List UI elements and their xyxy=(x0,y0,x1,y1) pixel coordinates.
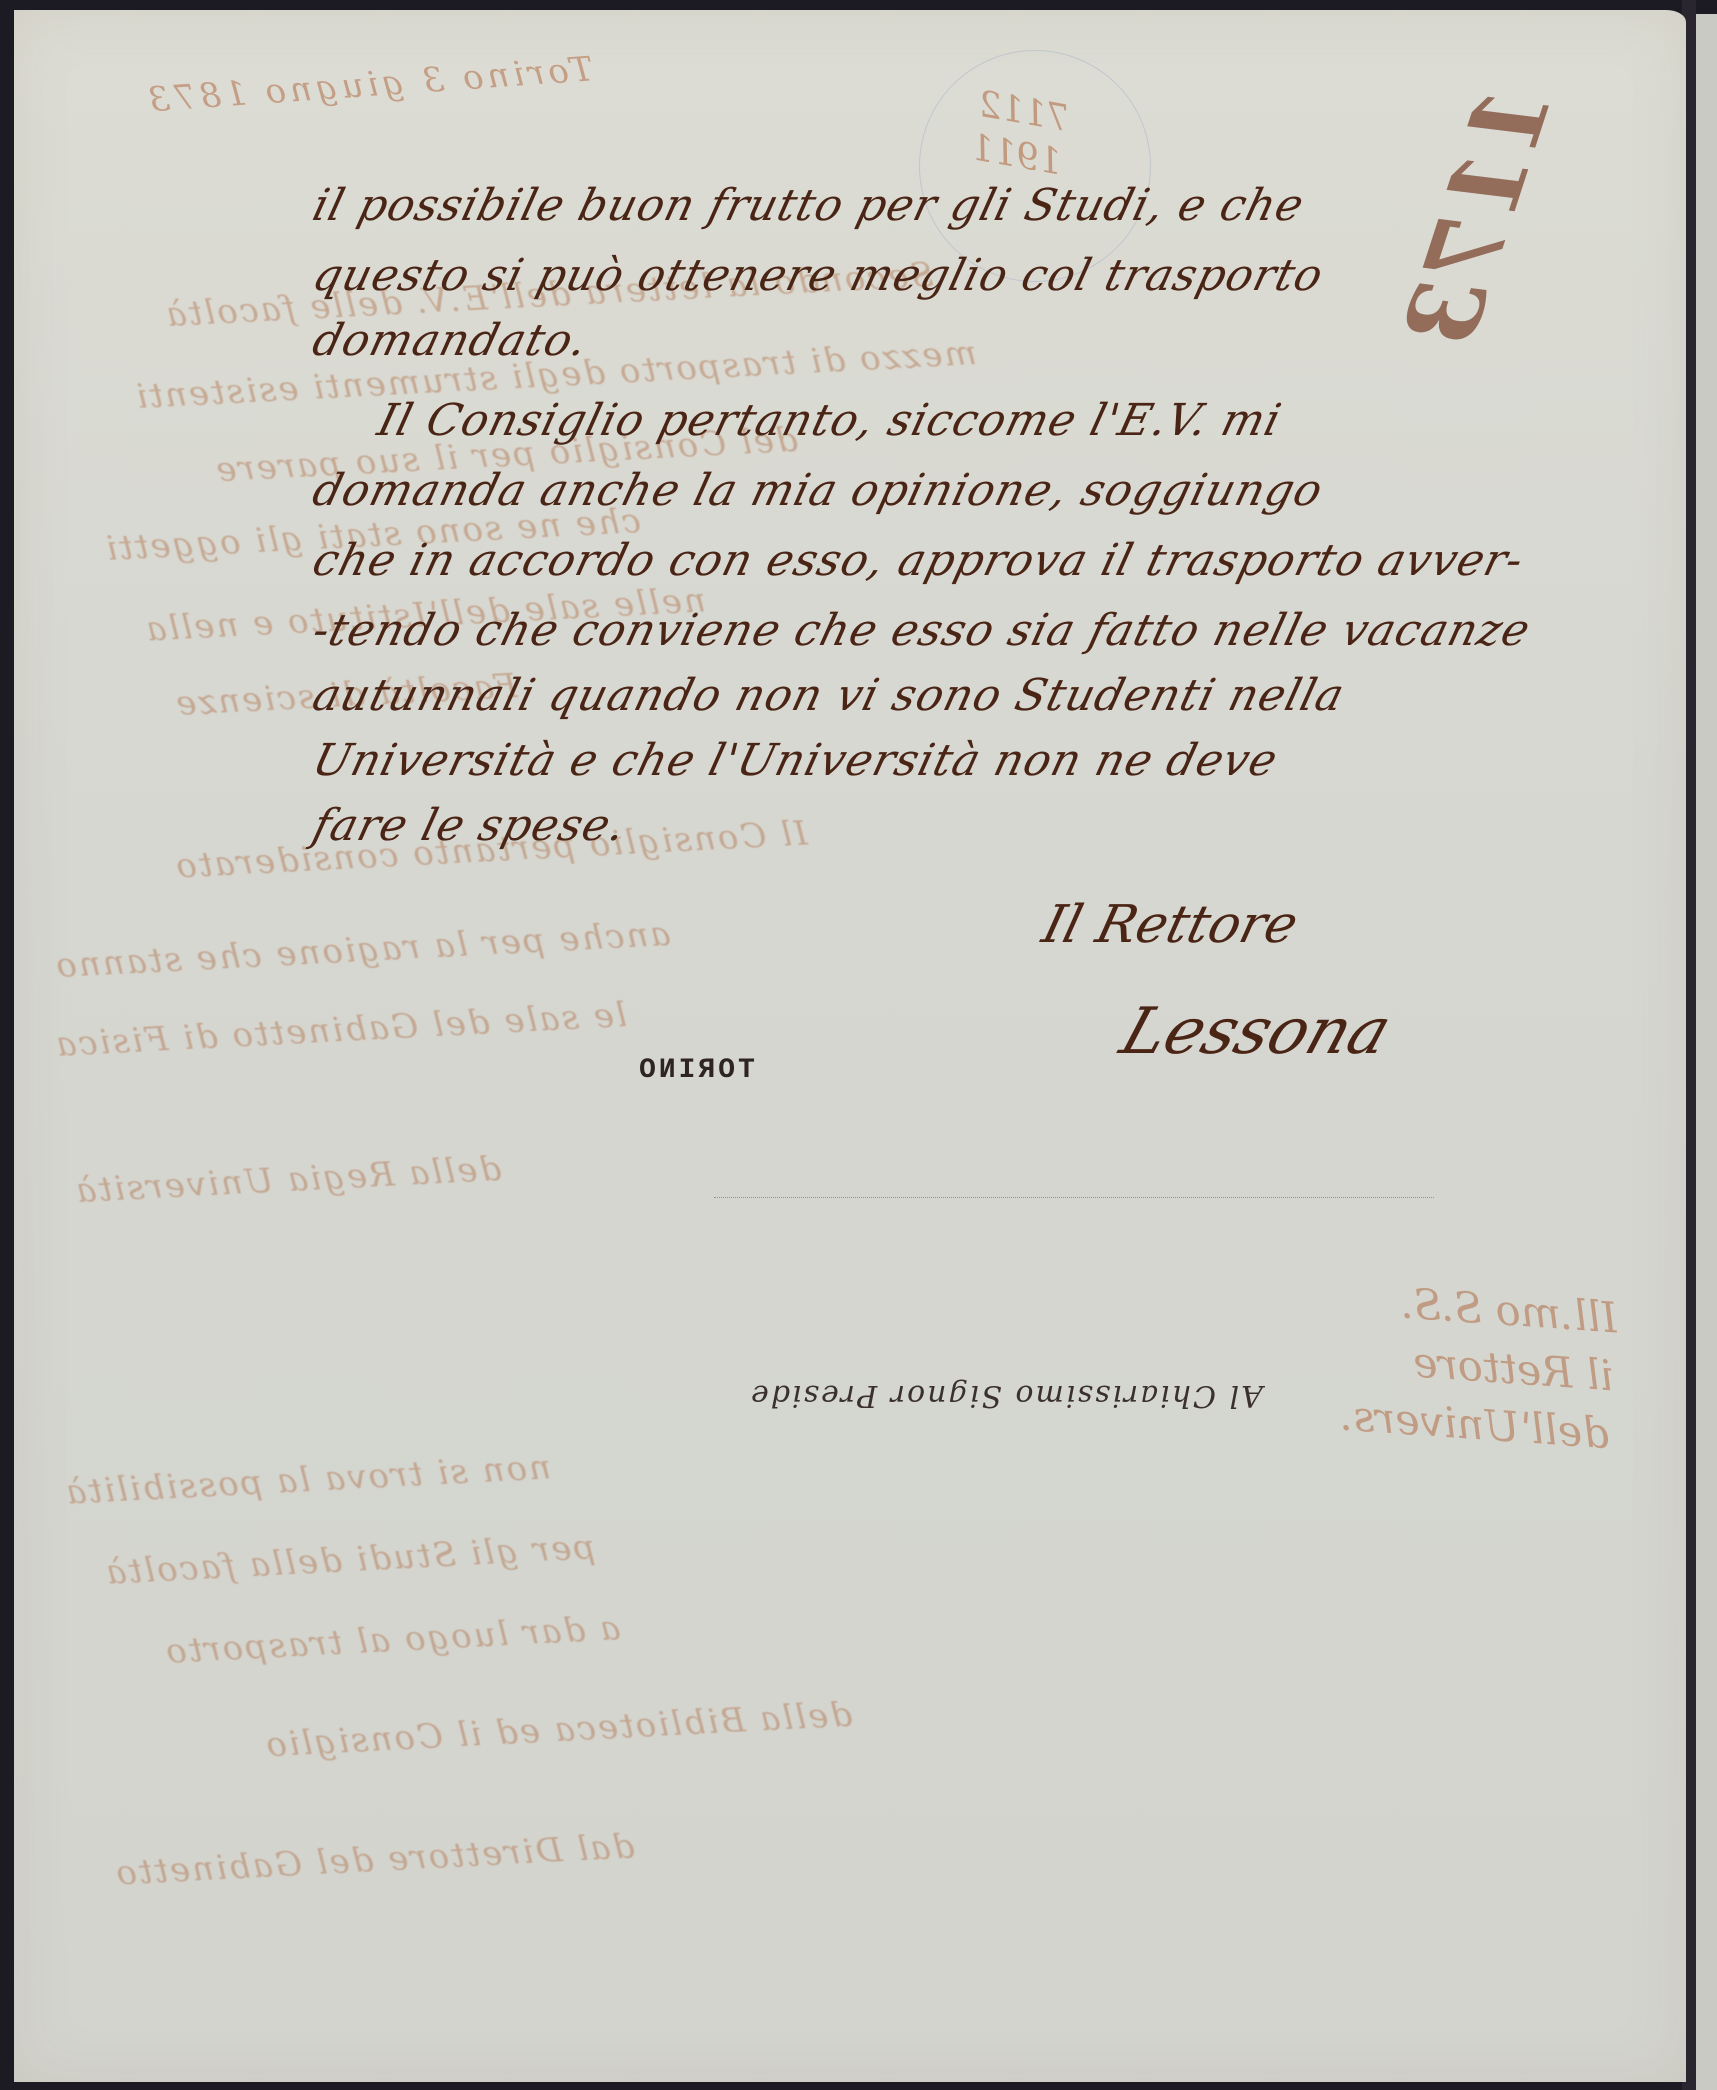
letter-page: Torino 3 giugno 1873 7112 1911 1173 Seco… xyxy=(14,10,1686,2082)
bleed-through-line: della Regia Università xyxy=(73,1149,502,1211)
signature-name: Lessona xyxy=(1112,995,1400,1069)
letter-line: domanda anche la mia opinione, soggiungo xyxy=(308,465,1329,516)
letter-line: -tendo che conviene che esso sia fatto n… xyxy=(308,605,1536,656)
letter-line: domandato. xyxy=(308,315,593,366)
next-page-edge xyxy=(1696,14,1717,2090)
bleed-through-line: non si trova la possibilità xyxy=(63,1447,552,1512)
letter-line: Il Consiglio pertanto, siccome l'E.V. mi xyxy=(373,395,1287,446)
margin-registry-mark: 1173 xyxy=(1383,72,1573,361)
printed-city-mirrored: TORINO xyxy=(636,1055,755,1086)
bleed-through-line: anche per la ragione che stanno xyxy=(53,914,671,986)
bleed-through-line: dal Direttore del Gabinetto xyxy=(113,1826,635,1893)
mirrored-salutation: Ill.mo S.S. il Rettore dell'Univers. xyxy=(1338,1271,1619,1463)
mirrored-place-date: Torino 3 giugno 1873 xyxy=(143,49,594,120)
printed-address-inverted: Al Chiarissimo Signor Preside xyxy=(749,1378,1263,1413)
bleed-through-line: a dar luogo al trasporto xyxy=(163,1608,621,1672)
mirrored-reference-number: 7112 1911 xyxy=(967,83,1073,186)
signature-title: Il Rettore xyxy=(1037,895,1304,955)
letter-line: il possibile buon frutto per gli Studi, … xyxy=(308,180,1310,231)
bleed-through-line: della Biblioteca ed il Consiglio xyxy=(263,1695,853,1766)
letter-line: fare le spese. xyxy=(308,800,632,851)
letter-line: che in accordo con esso, approva il tras… xyxy=(308,535,1529,586)
bleed-through-line: per gli Studi della facoltà xyxy=(103,1527,596,1593)
letter-line: autunnali quando non vi sono Studenti ne… xyxy=(308,670,1350,721)
bleed-through-line: le sale del Gabinetto di Fisica xyxy=(53,995,627,1065)
dotted-address-rule xyxy=(714,1197,1434,1198)
letter-line: Università e che l'Università non ne dev… xyxy=(308,735,1283,786)
letter-line: questo si può ottenere meglio col traspo… xyxy=(308,250,1329,301)
